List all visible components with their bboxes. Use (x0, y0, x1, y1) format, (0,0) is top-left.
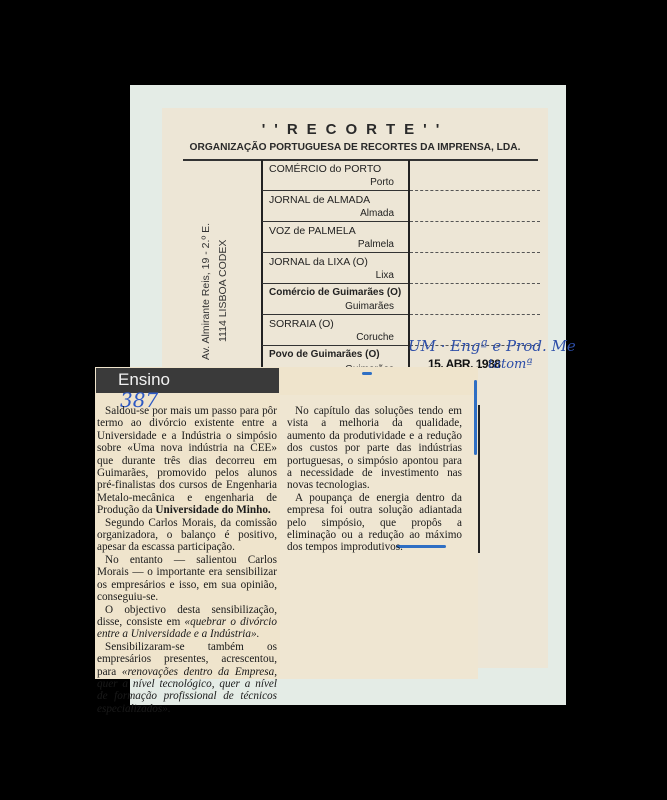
publication-name: JORNAL da LIXA (O) (269, 256, 403, 268)
publication-row: JORNAL da LIXA (O) Lixa (262, 253, 408, 284)
article-column-1: Saldou-se por mais um passo para pôr ter… (97, 405, 277, 715)
article-paragraph: No entanto — salientou Carlos Morais — o… (97, 554, 277, 604)
publications-table: COMÉRCIO do PORTO Porto JORNAL de ALMADA… (262, 160, 408, 377)
blue-pen-dot (362, 372, 372, 375)
publication-city: Almada (360, 208, 394, 219)
form-address: Av. Almirante Reis, 19 - 2.º E. 1114 LIS… (198, 223, 232, 360)
publication-row: COMÉRCIO do PORTO Porto (262, 160, 408, 191)
article-paragraph: No capítulo das soluções tendo em vista … (287, 405, 462, 492)
form-title: ''RECORTE'' (162, 121, 548, 138)
publication-row: VOZ de PALMELA Palmela (262, 222, 408, 253)
publication-name: SORRAIA (O) (269, 318, 403, 330)
publication-row: SORRAIA (O) Coruche (262, 315, 408, 346)
publication-city: Lixa (376, 270, 394, 281)
blue-pen-mark (474, 380, 477, 455)
publication-name: COMÉRCIO do PORTO (269, 163, 403, 175)
article-paragraph: Segundo Carlos Morais, da comissão organ… (97, 517, 277, 554)
publication-name: Povo de Guimarães (O) (269, 349, 403, 360)
article-paragraph: A poupança de energia dentro da empresa … (287, 492, 462, 554)
checkmark-column (410, 160, 540, 346)
publication-name: VOZ de PALMELA (269, 225, 403, 237)
publication-city: Guimarães (345, 301, 394, 312)
publication-row: Comércio de Guimarães (O) Guimarães (262, 284, 408, 315)
article-paragraph: Saldou-se por mais um passo para pôr ter… (97, 405, 277, 517)
publication-name: JORNAL de ALMADA (269, 194, 403, 206)
section-label: Ensino (118, 370, 170, 390)
article-paragraph: Sensibilizaram-se também os empresários … (97, 641, 277, 715)
publication-city: Coruche (356, 332, 394, 343)
publication-name: Comércio de Guimarães (O) (269, 287, 403, 298)
clipping-column-rule (478, 405, 480, 553)
address-line-1: Av. Almirante Reis, 19 - 2.º E. (198, 223, 215, 360)
publication-city: Porto (370, 177, 394, 188)
article-column-2: No capítulo das soluções tendo em vista … (287, 405, 462, 554)
publication-city: Palmela (358, 239, 394, 250)
publication-row: JORNAL de ALMADA Almada (262, 191, 408, 222)
form-subtitle: ORGANIZAÇÃO PORTUGUESA DE RECORTES DA IM… (162, 142, 548, 153)
address-line-2: 1114 LISBOA CODEX (215, 223, 232, 360)
handwritten-note: UM · Engª e Prod. Me (408, 337, 576, 355)
article-paragraph: O objectivo desta sensibilização, disse,… (97, 604, 277, 641)
handwritten-note-2: tatomª (488, 357, 533, 372)
